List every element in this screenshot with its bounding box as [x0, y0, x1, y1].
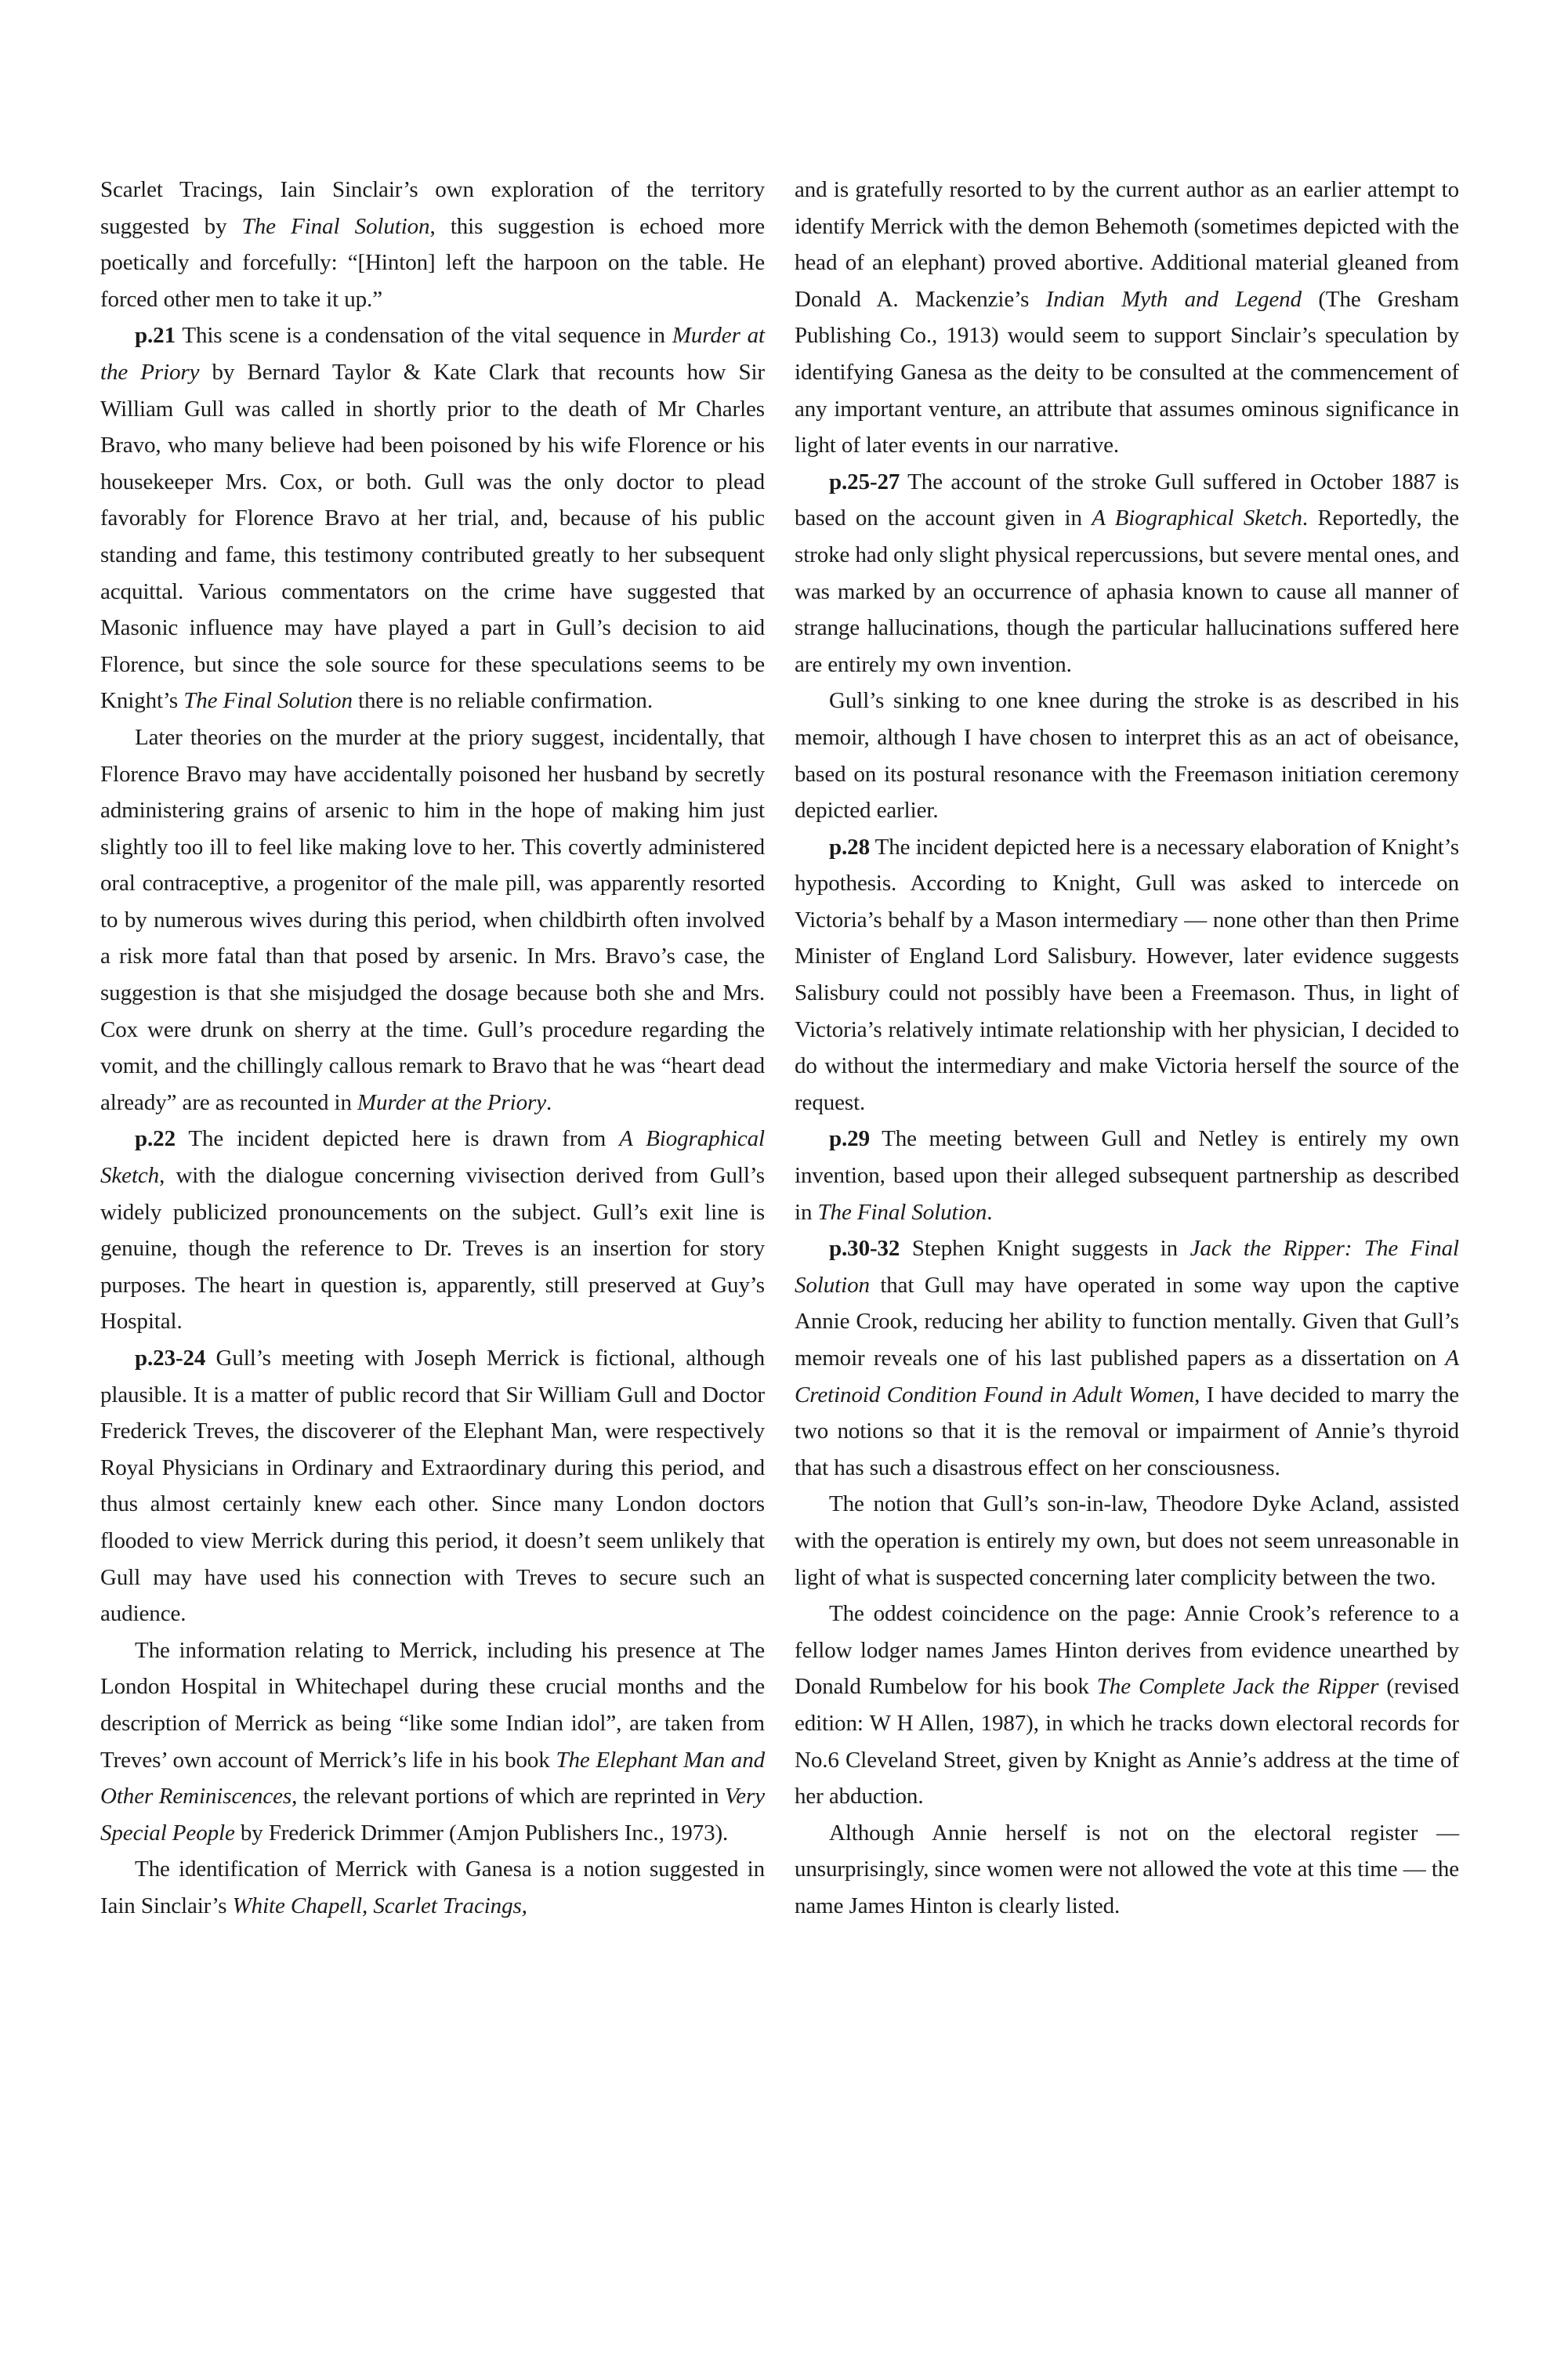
text-run: The incident depicted here is a necessar… — [795, 835, 1459, 1115]
text-run: Gull’s meeting with Joseph Merrick is fi… — [100, 1346, 765, 1626]
paragraph: p.21 This scene is a condensation of the… — [100, 317, 765, 719]
paragraph: p.25-27 The account of the stroke Gull s… — [795, 464, 1459, 683]
text-run: (The Gresham Publishing Co., 1913) would… — [795, 287, 1459, 458]
paragraph: p.30-32 Stephen Knight suggests in Jack … — [795, 1230, 1459, 1486]
text-run: that Gull may have operated in some way … — [795, 1273, 1459, 1371]
page-reference: p.22 — [135, 1126, 176, 1151]
text-run: . Reportedly, the stroke had only slight… — [795, 505, 1459, 676]
page-reference: p.30-32 — [829, 1236, 900, 1261]
paragraph: The notion that Gull’s son-in-law, Theod… — [795, 1486, 1459, 1596]
page-reference: p.29 — [829, 1126, 870, 1151]
book-title: Murder at the Priory — [357, 1090, 546, 1115]
right-column: and is gratefully resorted to by the cur… — [795, 172, 1459, 1925]
paragraph: The identification of Merrick with Ganes… — [100, 1851, 765, 1924]
paragraph: p.28 The incident depicted here is a nec… — [795, 829, 1459, 1121]
text-run: . — [546, 1090, 552, 1115]
paragraph: Later theories on the murder at the prio… — [100, 719, 765, 1121]
paragraph: p.22 The incident depicted here is drawn… — [100, 1121, 765, 1340]
book-title: The Complete Jack the Ripper — [1097, 1674, 1379, 1699]
book-title: Indian Myth and Legend — [1046, 287, 1302, 312]
paragraph: The information relating to Merrick, inc… — [100, 1632, 765, 1852]
book-title: The Final Solution — [183, 688, 353, 713]
text-run: The notion that Gull’s son-in-law, Theod… — [795, 1491, 1459, 1589]
page: Scarlet Tracings, Iain Sinclair’s own ex… — [0, 0, 1557, 2380]
book-title: The Final Solution — [818, 1200, 987, 1225]
text-run: , with the dialogue concerning vivisecti… — [100, 1163, 765, 1334]
page-reference: p.25-27 — [829, 469, 900, 494]
text-run: This scene is a condensation of the vita… — [176, 323, 672, 348]
page-reference: p.21 — [135, 323, 176, 348]
paragraph: The oddest coincidence on the page: Anni… — [795, 1596, 1459, 1815]
paragraph: p.29 The meeting between Gull and Netley… — [795, 1121, 1459, 1230]
book-title: The Final Solution — [242, 214, 430, 239]
book-title: A Biographical Sketch — [1092, 505, 1302, 531]
book-title: White Chapell, Scarlet Tracings, — [233, 1893, 527, 1918]
text-run: Although Annie herself is not on the ele… — [795, 1820, 1459, 1918]
text-run: by Frederick Drimmer (Amjon Publishers I… — [235, 1820, 728, 1846]
text-run: Later theories on the murder at the prio… — [100, 725, 765, 1115]
text-run: , the relevant portions of which are rep… — [291, 1784, 725, 1809]
paragraph: Scarlet Tracings, Iain Sinclair’s own ex… — [100, 172, 765, 317]
paragraph: and is gratefully resorted to by the cur… — [795, 172, 1459, 464]
page-reference: p.23-24 — [135, 1346, 205, 1371]
paragraph: Although Annie herself is not on the ele… — [795, 1815, 1459, 1925]
text-run: The incident depicted here is drawn from — [176, 1126, 619, 1151]
paragraph: p.23-24 Gull’s meeting with Joseph Merri… — [100, 1340, 765, 1632]
left-column: Scarlet Tracings, Iain Sinclair’s own ex… — [100, 172, 765, 1925]
page-reference: p.28 — [829, 835, 870, 860]
text-run: . — [987, 1200, 992, 1225]
text-run: there is no reliable confirmation. — [353, 688, 653, 713]
appendix-page: { "page": { "background_color": "#ffffff… — [0, 0, 1557, 2380]
text-run: Gull’s sinking to one knee during the st… — [795, 688, 1459, 823]
text-run: Stephen Knight suggests in — [900, 1236, 1189, 1261]
text-run: by Bernard Taylor & Kate Clark that reco… — [100, 360, 765, 713]
paragraph: Gull’s sinking to one knee during the st… — [795, 683, 1459, 828]
